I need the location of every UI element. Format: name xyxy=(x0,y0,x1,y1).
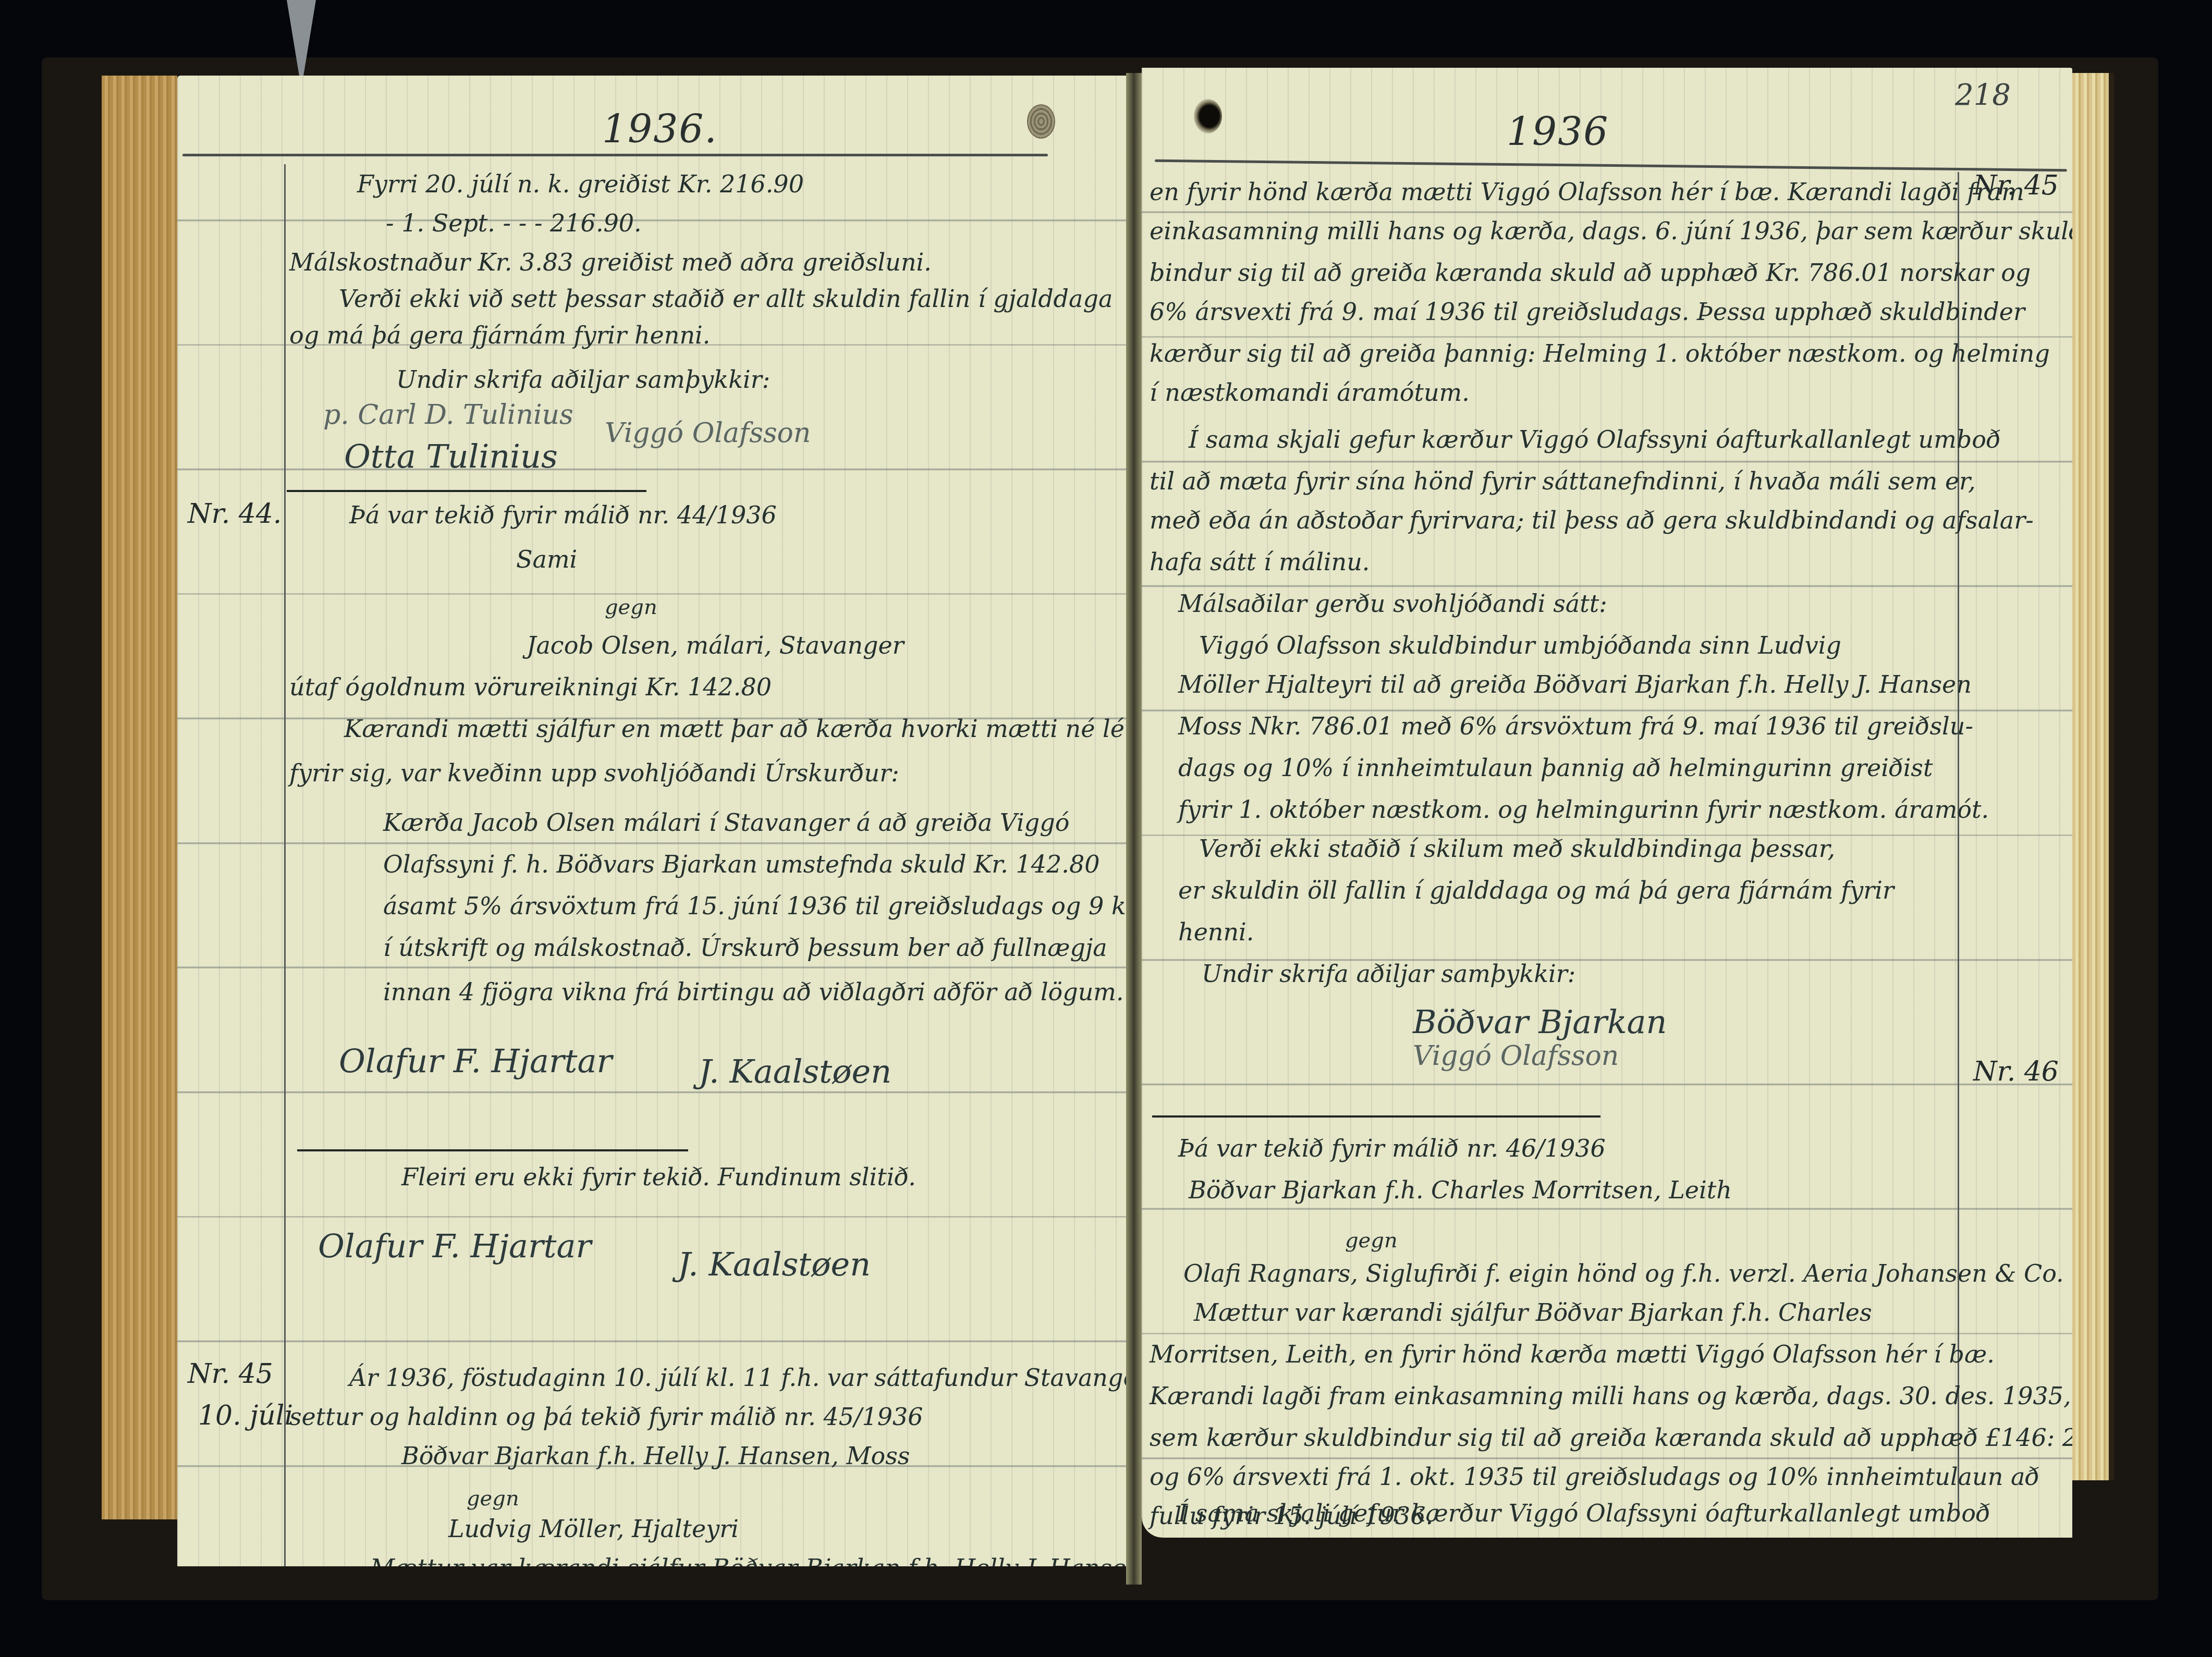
text-line: gegn xyxy=(467,1488,519,1509)
text-line: ásamt 5% ársvöxtum frá 15. júní 1936 til… xyxy=(383,894,1126,918)
book-gutter xyxy=(1126,73,1142,1585)
text-line: með eða án aðstoðar fyrirvara; til þess … xyxy=(1150,508,2034,532)
text-line: Möller Hjalteyri til að greiða Böðvari B… xyxy=(1178,672,1972,696)
text-line: Mættur var kærandi sjálfur Böðvar Bjarka… xyxy=(1194,1300,1872,1324)
text-line: Málsaðilar gerðu svohljóðandi sátt: xyxy=(1178,592,1607,616)
page-edge-right xyxy=(2072,73,2114,1480)
text-line: sem kærður skuldbindur sig til að greiða… xyxy=(1150,1426,2072,1450)
text-line: Málskostnaður Kr. 3.83 greiðist með aðra… xyxy=(289,250,932,274)
text-line: til að mæta fyrir sína hönd fyrir sáttan… xyxy=(1150,469,1976,493)
text-line: Sami xyxy=(516,547,577,571)
text-line: Verði ekki við sett þessar staðið er all… xyxy=(339,287,1113,311)
signature: p. Carl D. Tulinius xyxy=(323,401,573,428)
signature: Olafur F. Hjartar xyxy=(339,1045,612,1077)
text-line: og má þá gera fjárnám fyrir henni. xyxy=(289,323,710,347)
text-line: Ár 1936, föstudaginn 10. júlí kl. 11 f.h… xyxy=(349,1366,1126,1390)
header-rule xyxy=(1155,159,2067,171)
text-line: Böðvar Bjarkan f.h. Helly J. Hansen, Mos… xyxy=(401,1444,910,1468)
text-line: Viggó Olafsson skuldbindur umbjóðanda si… xyxy=(1199,633,1841,657)
text-line: Moss Nkr. 786.01 með 6% ársvöxtum frá 9.… xyxy=(1178,714,1973,738)
text-line: Kærandi lagði fram einkasamning milli ha… xyxy=(1150,1384,2072,1408)
text-line: Morritsen, Leith, en fyrir hönd kærða mæ… xyxy=(1150,1342,1995,1366)
text-line: Undir skrifa aðiljar samþykkir: xyxy=(396,367,770,391)
text-line: Olafssyni f. h. Böðvars Bjarkan umstefnd… xyxy=(383,852,1099,876)
separator-rule xyxy=(297,1149,688,1151)
text-line: Verði ekki staðið í skilum með skuldbind… xyxy=(1199,837,1835,861)
signature: Viggó Olafsson xyxy=(605,420,811,447)
text-line: innan 4 fjögra vikna frá birtingu að við… xyxy=(383,980,1124,1004)
text-line: settur og haldinn og þá tekið fyrir máli… xyxy=(289,1405,923,1429)
text-line: Ludvig Möller, Hjalteyri xyxy=(448,1517,739,1541)
text-line: henni. xyxy=(1178,920,1254,944)
header-rule xyxy=(182,154,1048,156)
text-line: - 1. Sept. - - - 216.90. xyxy=(386,211,642,235)
text-line: er skuldin öll fallin í gjalddaga og má … xyxy=(1178,878,1894,902)
page-year: 1936. xyxy=(602,107,718,152)
text-line: Þá var tekið fyrir málið nr. 46/1936 xyxy=(1178,1136,1606,1160)
text-line: kærður sig til að greiða þannig: Helming… xyxy=(1150,341,2050,365)
punch-hole-icon xyxy=(1027,104,1055,139)
text-line: útaf ógoldnum vörureikningi Kr. 142.80 xyxy=(289,675,772,699)
text-line: en fyrir hönd kærða mætti Viggó Olafsson… xyxy=(1150,180,2024,204)
text-line: Kærandi mætti sjálfur en mætt þar að kær… xyxy=(344,717,1126,741)
case-number-label: Nr. 45 xyxy=(188,1360,273,1388)
text-line: Kærða Jacob Olsen málari í Stavanger á a… xyxy=(383,811,1069,834)
text-line: Þá var tekið fyrir málið nr. 44/1936 xyxy=(349,503,777,527)
text-line: fyrir 1. október næstkom. og helmingurin… xyxy=(1178,797,1989,821)
separator-rule xyxy=(1152,1115,1600,1118)
page-number: 218 xyxy=(1955,78,2011,112)
text-line: Mættur var kærandi sjálfur Böðvar Bjarka… xyxy=(370,1556,1126,1566)
text-line: hafa sátt í málinu. xyxy=(1150,550,1370,574)
signature: Viggó Olafsson xyxy=(1413,1042,1619,1070)
signature: Olafur F. Hjartar xyxy=(318,1230,591,1262)
closing-line: Fleiri eru ekki fyrir tekið. Fundinum sl… xyxy=(401,1165,916,1189)
text-line: Undir skrifa aðiljar samþykkir: xyxy=(1202,962,1575,986)
signature: J. Kaalstøen xyxy=(678,1248,871,1281)
text-line: Í sama skjali gefur kærður Viggó Olafssy… xyxy=(1189,427,2001,451)
signature: Otta Tulinius xyxy=(344,440,558,473)
text-line: einkasamning milli hans og kærða, dags. … xyxy=(1150,219,2072,243)
text-line: Fyrri 20. júlí n. k. greiðist Kr. 216.90 xyxy=(357,172,804,196)
text-line: fyrir sig, var kveðinn upp svohljóðandi … xyxy=(289,761,899,785)
text-line: dags og 10% í innheimtulaun þannig að he… xyxy=(1178,756,1933,780)
margin-rule xyxy=(284,164,286,1566)
text-line: bindur sig til að greiða kæranda skuld a… xyxy=(1150,261,2031,285)
text-line: Olafi Ragnars, Siglufirði f. eigin hönd … xyxy=(1183,1261,2064,1285)
case-date-label: 10. júli xyxy=(198,1402,293,1429)
text-line: í útskrift og málskostnað. Úrskurð þessu… xyxy=(383,936,1107,960)
text-line: 6% ársvexti frá 9. maí 1936 til greiðslu… xyxy=(1150,300,2025,324)
text-line: Í sama skjali gefur kærður Viggó Olafssy… xyxy=(1178,1501,1990,1525)
case-number-label: Nr. 46 xyxy=(1973,1058,2059,1085)
text-line: Böðvar Bjarkan f.h. Charles Morritsen, L… xyxy=(1189,1178,1732,1202)
left-page: 1936. Fyrri 20. júlí n. k. greiðist Kr. … xyxy=(177,76,1126,1566)
text-line: Jacob Olsen, málari, Stavanger xyxy=(527,633,904,657)
page-year: 1936 xyxy=(1507,109,1609,154)
page-edge-left xyxy=(102,76,177,1519)
separator-rule xyxy=(287,490,646,492)
signature: Böðvar Bjarkan xyxy=(1413,1006,1667,1038)
right-page: 1936 218 Nr. 45 Nr. 46 en fyrir hönd kær… xyxy=(1142,68,2072,1538)
case-number-label: Nr. 44. xyxy=(188,500,282,527)
text-line: gegn xyxy=(1345,1230,1398,1251)
text-line: gegn xyxy=(605,597,657,618)
margin-rule xyxy=(1958,172,1959,1517)
signature: J. Kaalstøen xyxy=(699,1055,891,1088)
text-line: í næstkomandi áramótum. xyxy=(1150,381,1470,404)
text-line: og 6% ársvexti frá 1. okt. 1935 til grei… xyxy=(1150,1465,2039,1489)
punch-hole-icon xyxy=(1194,99,1222,133)
